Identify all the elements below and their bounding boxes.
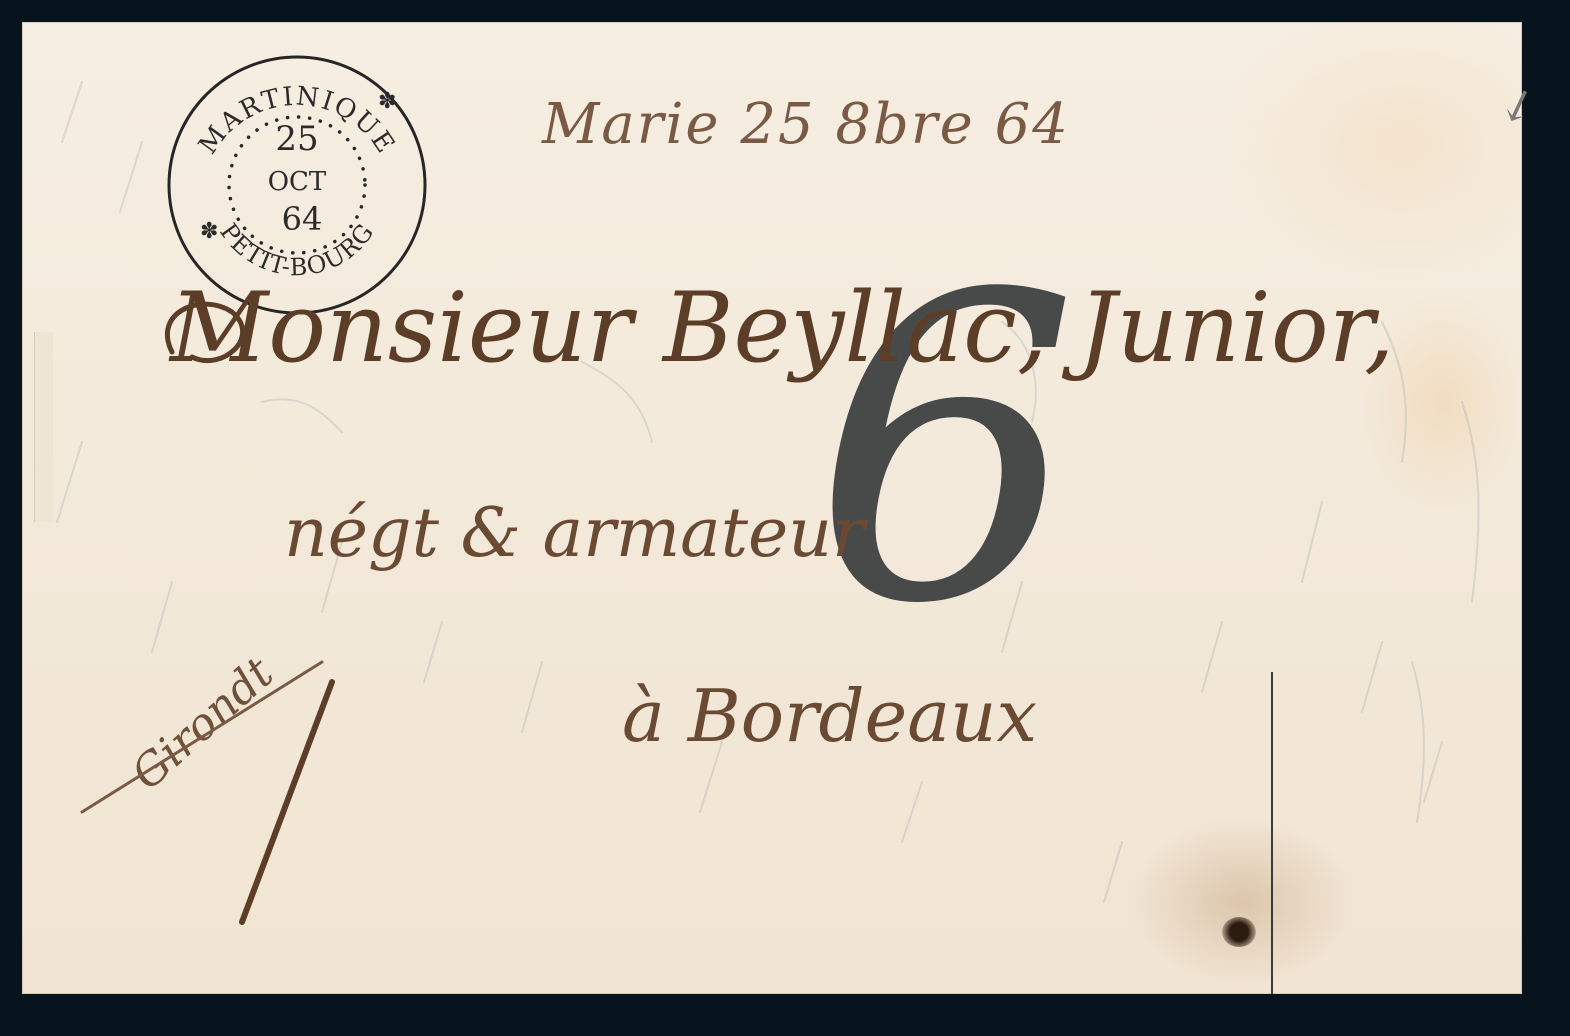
- ink-blot: [1222, 917, 1256, 947]
- ink-flourishes: [22, 22, 1522, 994]
- postal-cover: MARTINIQUE PETIT-BOURG ✽ ✽ 25 OCT 64 Mar…: [22, 22, 1522, 994]
